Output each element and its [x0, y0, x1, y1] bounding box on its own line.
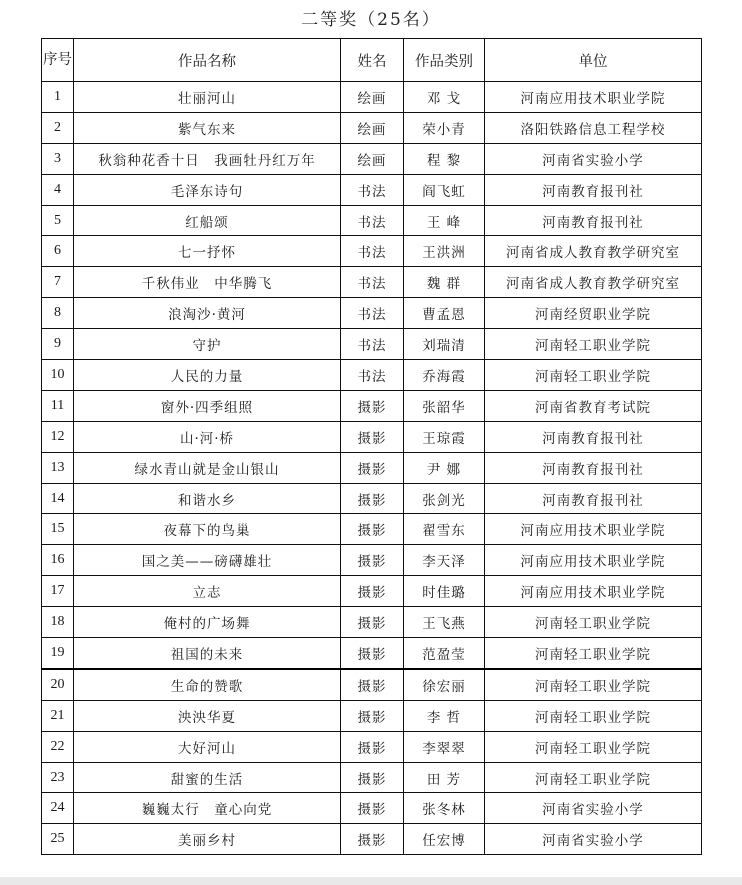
table-row: 9守护书法刘瑞清河南轻工职业学院	[42, 329, 702, 360]
cell-seq: 19	[42, 638, 74, 669]
cell-name: 田 芳	[404, 762, 485, 793]
cell-unit: 河南轻工职业学院	[485, 762, 702, 793]
table-row: 13绿水青山就是金山银山摄影尹 娜河南教育报刊社	[42, 452, 702, 483]
cell-seq: 9	[42, 329, 74, 360]
table-row: 8浪淘沙·黄河书法曹孟恩河南经贸职业学院	[42, 298, 702, 329]
cell-seq: 10	[42, 360, 74, 391]
cell-seq: 7	[42, 267, 74, 298]
cell-seq: 18	[42, 607, 74, 638]
cell-unit: 河南省成人教育教学研究室	[485, 236, 702, 267]
cell-category: 摄影	[341, 452, 404, 483]
cell-category: 绘画	[341, 143, 404, 174]
cell-category: 摄影	[341, 483, 404, 514]
cell-seq: 15	[42, 514, 74, 545]
cell-unit: 河南轻工职业学院	[485, 329, 702, 360]
table-row: 3秋翁种花香十日 我画牡丹红万年绘画程 黎河南省实验小学	[42, 143, 702, 174]
award-title: 二等奖（25名）	[0, 5, 742, 30]
cell-unit: 河南省成人教育教学研究室	[485, 267, 702, 298]
cell-category: 摄影	[341, 793, 404, 824]
cell-name: 李 哲	[404, 700, 485, 731]
cell-work-name: 七一抒怀	[74, 236, 341, 267]
cell-unit: 河南应用技术职业学院	[485, 576, 702, 607]
header-seq: 序号	[42, 39, 74, 82]
cell-name: 程 黎	[404, 143, 485, 174]
cell-work-name: 壮丽河山	[74, 82, 341, 113]
table-row: 20生命的赞歌摄影徐宏丽河南轻工职业学院	[42, 669, 702, 700]
table-row: 15夜幕下的鸟巢摄影翟雪东河南应用技术职业学院	[42, 514, 702, 545]
table-row: 11窗外·四季组照摄影张韶华河南省教育考试院	[42, 390, 702, 421]
cell-name: 徐宏丽	[404, 669, 485, 700]
cell-name: 尹 娜	[404, 452, 485, 483]
cell-work-name: 俺村的广场舞	[74, 607, 341, 638]
cell-category: 书法	[341, 360, 404, 391]
cell-name: 张冬林	[404, 793, 485, 824]
cell-category: 绘画	[341, 112, 404, 143]
cell-name: 李天泽	[404, 545, 485, 576]
cell-name: 荣小青	[404, 112, 485, 143]
cell-unit: 河南轻工职业学院	[485, 669, 702, 700]
table-row: 21泱泱华夏摄影李 哲河南轻工职业学院	[42, 700, 702, 731]
cell-category: 摄影	[341, 762, 404, 793]
cell-name: 王 峰	[404, 205, 485, 236]
cell-unit: 河南轻工职业学院	[485, 638, 702, 669]
cell-seq: 20	[42, 669, 74, 700]
cell-name: 张剑光	[404, 483, 485, 514]
cell-name: 王洪洲	[404, 236, 485, 267]
cell-category: 摄影	[341, 700, 404, 731]
cell-name: 王琼霞	[404, 421, 485, 452]
cell-unit: 河南教育报刊社	[485, 452, 702, 483]
cell-name: 李翠翠	[404, 731, 485, 762]
cell-work-name: 山·河·桥	[74, 421, 341, 452]
table-row: 22大好河山摄影李翠翠河南轻工职业学院	[42, 731, 702, 762]
cell-seq: 16	[42, 545, 74, 576]
cell-name: 翟雪东	[404, 514, 485, 545]
cell-unit: 河南应用技术职业学院	[485, 82, 702, 113]
cell-name: 曹孟恩	[404, 298, 485, 329]
cell-unit: 洛阳铁路信息工程学校	[485, 112, 702, 143]
cell-name: 邓 戈	[404, 82, 485, 113]
cell-category: 书法	[341, 236, 404, 267]
cell-category: 摄影	[341, 669, 404, 700]
cell-work-name: 夜幕下的鸟巢	[74, 514, 341, 545]
cell-category: 摄影	[341, 514, 404, 545]
table-row: 14和谐水乡摄影张剑光河南教育报刊社	[42, 483, 702, 514]
cell-name: 魏 群	[404, 267, 485, 298]
cell-work-name: 巍巍太行 童心向党	[74, 793, 341, 824]
cell-seq: 2	[42, 112, 74, 143]
header-category: 作品类别	[404, 39, 485, 82]
cell-category: 书法	[341, 298, 404, 329]
cell-unit: 河南轻工职业学院	[485, 360, 702, 391]
cell-unit: 河南省实验小学	[485, 824, 702, 855]
cell-work-name: 秋翁种花香十日 我画牡丹红万年	[74, 143, 341, 174]
cell-seq: 23	[42, 762, 74, 793]
cell-seq: 17	[42, 576, 74, 607]
cell-seq: 8	[42, 298, 74, 329]
cell-unit: 河南应用技术职业学院	[485, 514, 702, 545]
cell-unit: 河南省实验小学	[485, 793, 702, 824]
cell-category: 书法	[341, 267, 404, 298]
cell-seq: 4	[42, 174, 74, 205]
cell-seq: 14	[42, 483, 74, 514]
cell-unit: 河南经贸职业学院	[485, 298, 702, 329]
cell-category: 摄影	[341, 545, 404, 576]
cell-category: 摄影	[341, 731, 404, 762]
cell-work-name: 紫气东来	[74, 112, 341, 143]
table-row: 10人民的力量书法乔海霞河南轻工职业学院	[42, 360, 702, 391]
cell-seq: 21	[42, 700, 74, 731]
table-row: 17立志摄影时佳璐河南应用技术职业学院	[42, 576, 702, 607]
cell-category: 摄影	[341, 607, 404, 638]
cell-work-name: 绿水青山就是金山银山	[74, 452, 341, 483]
table-row: 23甜蜜的生活摄影田 芳河南轻工职业学院	[42, 762, 702, 793]
table-row: 7千秋伟业 中华腾飞书法魏 群河南省成人教育教学研究室	[42, 267, 702, 298]
table-row: 5红船颂书法王 峰河南教育报刊社	[42, 205, 702, 236]
cell-category: 书法	[341, 329, 404, 360]
header-name: 姓名	[341, 39, 404, 82]
cell-seq: 3	[42, 143, 74, 174]
cell-unit: 河南省实验小学	[485, 143, 702, 174]
cell-work-name: 和谐水乡	[74, 483, 341, 514]
cell-name: 任宏博	[404, 824, 485, 855]
cell-unit: 河南轻工职业学院	[485, 607, 702, 638]
cell-work-name: 甜蜜的生活	[74, 762, 341, 793]
cell-seq: 13	[42, 452, 74, 483]
cell-work-name: 人民的力量	[74, 360, 341, 391]
cell-unit: 河南教育报刊社	[485, 421, 702, 452]
cell-work-name: 浪淘沙·黄河	[74, 298, 341, 329]
table-row: 2紫气东来绘画荣小青洛阳铁路信息工程学校	[42, 112, 702, 143]
table-row: 12山·河·桥摄影王琼霞河南教育报刊社	[42, 421, 702, 452]
cell-seq: 5	[42, 205, 74, 236]
cell-unit: 河南教育报刊社	[485, 174, 702, 205]
cell-work-name: 窗外·四季组照	[74, 390, 341, 421]
cell-name: 乔海霞	[404, 360, 485, 391]
cell-work-name: 立志	[74, 576, 341, 607]
cell-seq: 11	[42, 390, 74, 421]
cell-work-name: 红船颂	[74, 205, 341, 236]
cell-work-name: 国之美——磅礴雄壮	[74, 545, 341, 576]
cell-unit: 河南省教育考试院	[485, 390, 702, 421]
cell-unit: 河南轻工职业学院	[485, 700, 702, 731]
header-unit: 单位	[485, 39, 702, 82]
cell-unit: 河南教育报刊社	[485, 483, 702, 514]
cell-category: 书法	[341, 174, 404, 205]
cell-work-name: 生命的赞歌	[74, 669, 341, 700]
cell-name: 时佳璐	[404, 576, 485, 607]
cell-work-name: 守护	[74, 329, 341, 360]
award-table: 序号 作品名称 姓名 作品类别 单位 1壮丽河山绘画邓 戈河南应用技术职业学院2…	[41, 38, 702, 855]
cell-seq: 12	[42, 421, 74, 452]
cell-category: 摄影	[341, 390, 404, 421]
cell-category: 绘画	[341, 82, 404, 113]
table-row: 6七一抒怀书法王洪洲河南省成人教育教学研究室	[42, 236, 702, 267]
cell-name: 阎飞虹	[404, 174, 485, 205]
cell-seq: 6	[42, 236, 74, 267]
cell-work-name: 毛泽东诗句	[74, 174, 341, 205]
cell-name: 王飞燕	[404, 607, 485, 638]
cell-unit: 河南应用技术职业学院	[485, 545, 702, 576]
cell-work-name: 祖国的未来	[74, 638, 341, 669]
cell-work-name: 千秋伟业 中华腾飞	[74, 267, 341, 298]
cell-unit: 河南轻工职业学院	[485, 731, 702, 762]
cell-work-name: 美丽乡村	[74, 824, 341, 855]
cell-seq: 24	[42, 793, 74, 824]
cell-category: 摄影	[341, 576, 404, 607]
table-header-row: 序号 作品名称 姓名 作品类别 单位	[42, 39, 702, 82]
bottom-bar	[0, 877, 742, 885]
cell-seq: 1	[42, 82, 74, 113]
cell-category: 摄影	[341, 421, 404, 452]
table-row: 24巍巍太行 童心向党摄影张冬林河南省实验小学	[42, 793, 702, 824]
cell-seq: 22	[42, 731, 74, 762]
cell-name: 刘瑞清	[404, 329, 485, 360]
cell-name: 范盈莹	[404, 638, 485, 669]
header-work-name: 作品名称	[74, 39, 341, 82]
table-row: 25美丽乡村摄影任宏博河南省实验小学	[42, 824, 702, 855]
table-row: 1壮丽河山绘画邓 戈河南应用技术职业学院	[42, 82, 702, 113]
cell-name: 张韶华	[404, 390, 485, 421]
table-row: 16国之美——磅礴雄壮摄影李天泽河南应用技术职业学院	[42, 545, 702, 576]
cell-work-name: 大好河山	[74, 731, 341, 762]
cell-work-name: 泱泱华夏	[74, 700, 341, 731]
table-row: 4毛泽东诗句书法阎飞虹河南教育报刊社	[42, 174, 702, 205]
table-row: 18俺村的广场舞摄影王飞燕河南轻工职业学院	[42, 607, 702, 638]
table-row: 19祖国的未来摄影范盈莹河南轻工职业学院	[42, 638, 702, 669]
cell-unit: 河南教育报刊社	[485, 205, 702, 236]
cell-seq: 25	[42, 824, 74, 855]
cell-category: 书法	[341, 205, 404, 236]
cell-category: 摄影	[341, 638, 404, 669]
cell-category: 摄影	[341, 824, 404, 855]
